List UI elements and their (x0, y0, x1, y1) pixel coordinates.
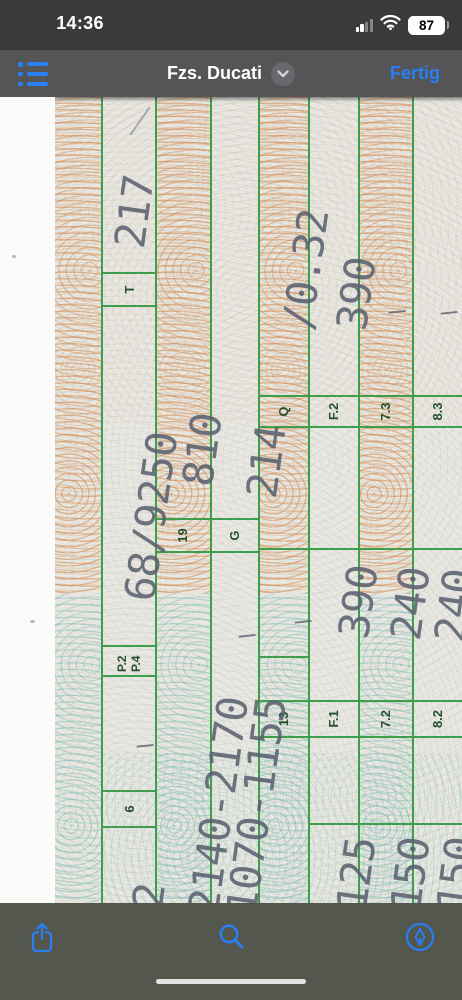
handwritten-dash: – (293, 606, 313, 636)
grid-line (101, 97, 103, 903)
handwritten-value: 390 (333, 563, 385, 641)
field-label: Q (258, 397, 308, 426)
handwritten-value: 217 (109, 173, 161, 251)
cellular-icon (356, 19, 373, 32)
field-label-strip: Q F.2 7.3 8.3 (258, 395, 462, 428)
home-indicator[interactable] (156, 979, 306, 984)
handwritten-value: 390 (331, 255, 383, 333)
field-label: F.2 (308, 397, 358, 426)
dust-speck (12, 255, 16, 258)
grid-line (358, 97, 360, 903)
handwritten-dash: – (439, 297, 459, 327)
status-bar: 14:36 87 (0, 0, 462, 50)
nav-bar: Fzs. Ducati Fertig (0, 50, 462, 97)
field-label: 8.3 (412, 397, 462, 426)
title-menu-button[interactable] (271, 62, 295, 86)
field-label: 7.3 (358, 397, 412, 426)
field-label-box: 6 (101, 790, 157, 828)
field-label: T (122, 286, 137, 294)
wifi-icon (380, 15, 401, 35)
field-label: P.2 (115, 656, 129, 672)
handwritten-value: 810 (177, 411, 229, 489)
status-time: 14:36 (38, 13, 122, 34)
grid-line (258, 548, 462, 550)
handwritten-value: 240 (429, 567, 462, 645)
pencil-stray-mark (129, 107, 150, 136)
bottom-toolbar (0, 903, 462, 1000)
guilloche-band (358, 97, 412, 903)
field-label: P.4 (129, 656, 143, 672)
registration-table: 6 P.2 P.4 T 19 G 13 F.1 7.2 8.2 (55, 97, 462, 903)
markup-icon[interactable] (404, 921, 436, 958)
handwritten-value: 214 (241, 423, 293, 501)
field-label: G (210, 520, 258, 551)
dust-speck (30, 620, 35, 623)
field-label-box: P.2 P.4 (101, 645, 157, 677)
phone-screen: 14:36 87 (0, 0, 462, 1000)
field-label: 8.2 (412, 702, 462, 736)
grid-line (308, 823, 462, 825)
field-label: 7.2 (358, 702, 412, 736)
scan-edge-shadow (55, 97, 462, 102)
field-label: F.1 (308, 702, 358, 736)
battery-percent: 87 (419, 18, 434, 33)
chevron-down-icon (277, 70, 289, 78)
handwritten-dash: – (387, 296, 407, 326)
status-icons: 87 (356, 0, 449, 50)
handwritten-value: 150 (431, 835, 462, 903)
field-label: 6 (122, 805, 137, 812)
page-title: Fzs. Ducati (167, 63, 262, 84)
grid-line (412, 97, 414, 903)
handwritten-dash: – (135, 730, 155, 760)
handwritten-value: 125 (331, 835, 383, 903)
handwritten-dash: – (237, 620, 257, 650)
grid-line (258, 656, 308, 658)
battery-icon: 87 (408, 16, 449, 35)
share-icon[interactable] (26, 921, 58, 960)
document-scan[interactable]: 6 P.2 P.4 T 19 G 13 F.1 7.2 8.2 (0, 97, 462, 903)
done-button[interactable]: Fertig (384, 50, 446, 97)
search-icon[interactable] (216, 921, 246, 956)
guilloche-band (55, 97, 101, 903)
field-label-box: T (101, 272, 157, 307)
